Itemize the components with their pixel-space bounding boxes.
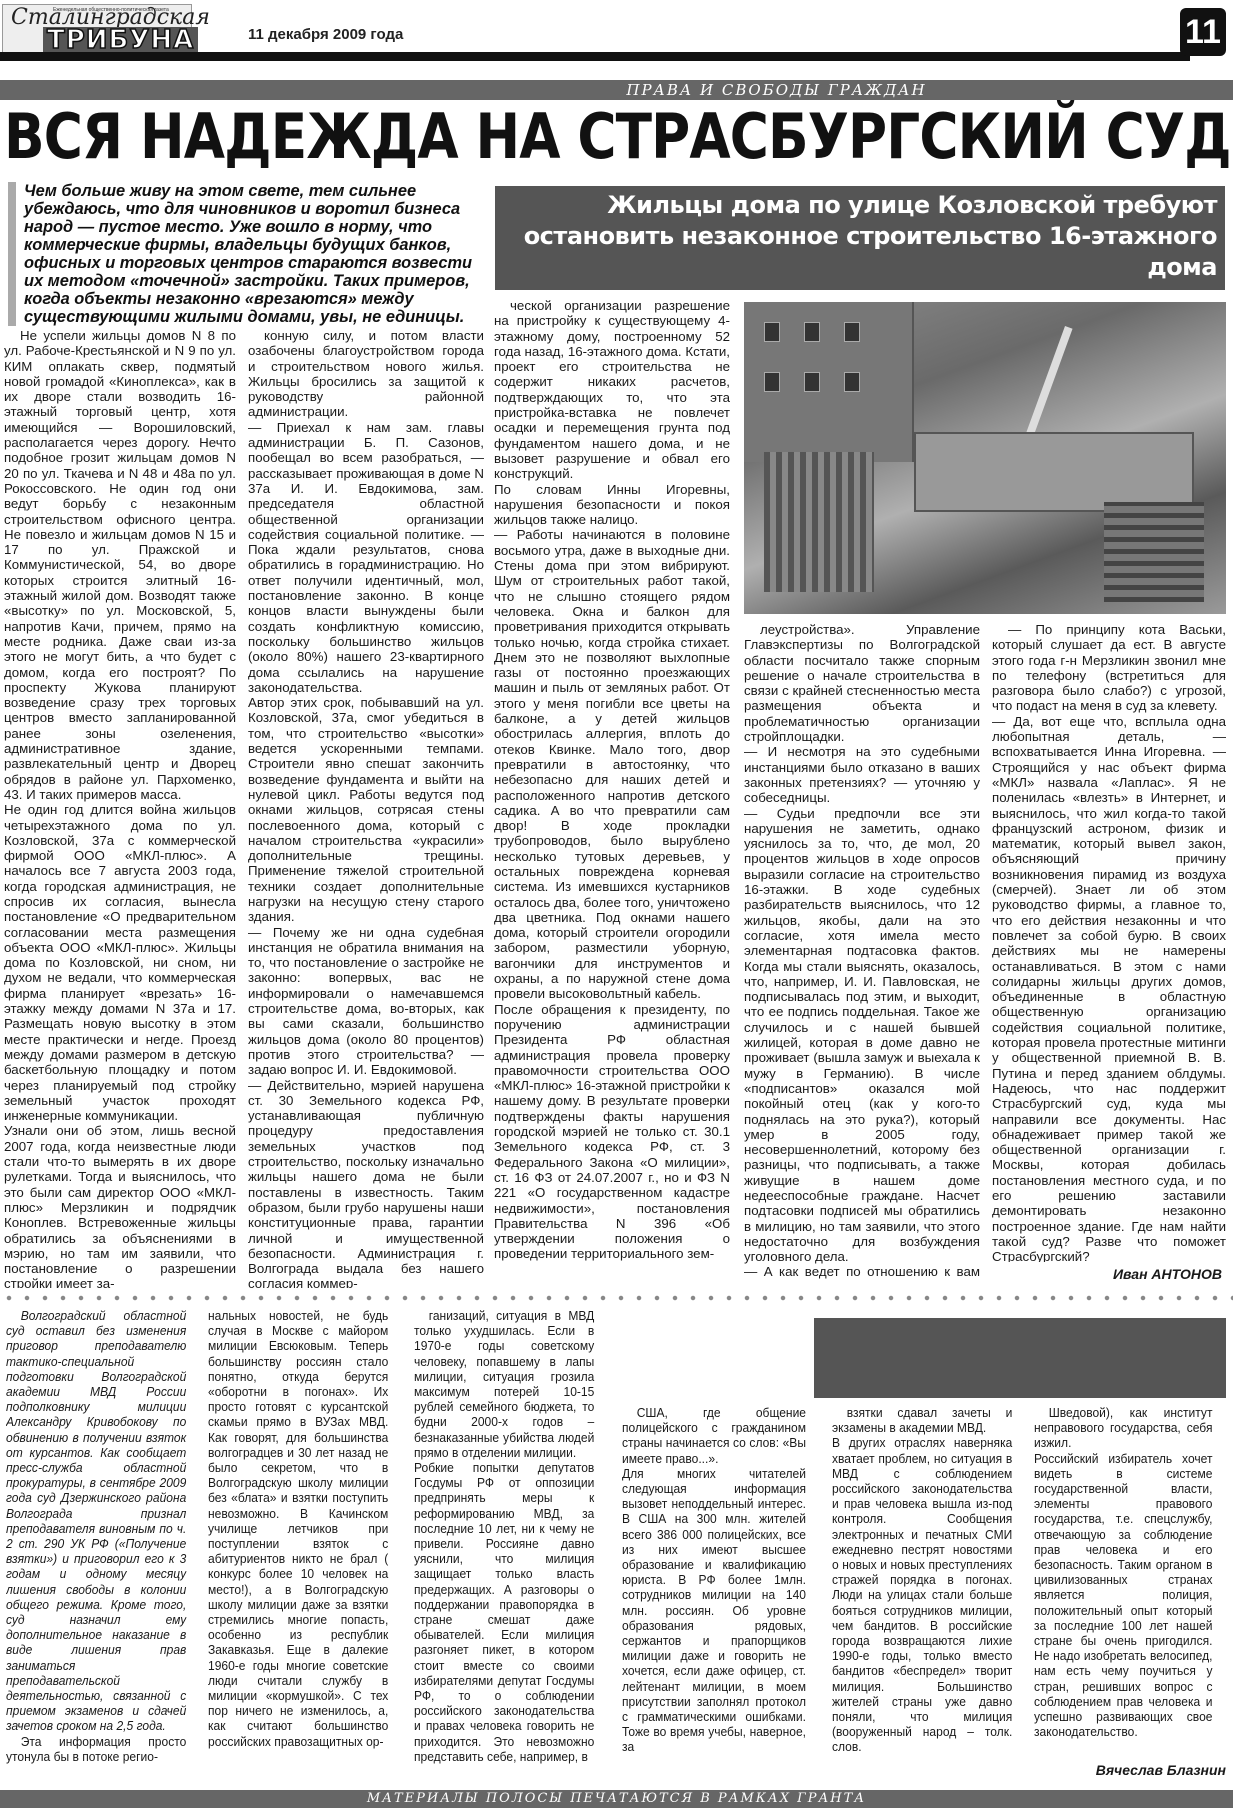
column-text: США, где общение полицейского с граждани…	[622, 1405, 806, 1755]
column-text: ческой организации разрешение на пристро…	[494, 298, 730, 1262]
article-author: Иван АНТОНОВ	[992, 1266, 1222, 1282]
section-rubric: ПРАВА И СВОБОДЫ ГРАЖДАН	[0, 80, 1233, 100]
article2-column-2: нальных новостей, не будь случая в Москв…	[208, 1308, 388, 1778]
column-text: конную силу, и потом власти озабочены бл…	[248, 328, 484, 1288]
masthead: Еженедельная общественно-политическая га…	[0, 0, 1233, 62]
article2-column-5: взятки сдавал зачеты и экзамены в академ…	[832, 1405, 1012, 1780]
article-column-3: ческой организации разрешение на пристро…	[494, 298, 730, 1288]
article2-column-4: США, где общение полицейского с граждани…	[622, 1405, 806, 1780]
article-subheadline: Жильцы дома по улице Козловской требуют …	[495, 186, 1225, 290]
article2-column-1: Волгоградский областной суд оставил без …	[6, 1308, 186, 1778]
logo-title: ТРИБУНА	[43, 27, 198, 53]
column-text: — По принципу кота Васьки, который слуша…	[992, 622, 1226, 1262]
article2-headline-banner: НЕ правоПОРЯДОК	[814, 1318, 1226, 1398]
column-text: Шведовой), как институт неправового госу…	[1034, 1405, 1212, 1739]
article2-column-3: ганизаций, ситуация в МВД только ухудшил…	[414, 1308, 594, 1778]
article2-lead: Волгоградский областной суд оставил без …	[6, 1308, 186, 1734]
column-text: Эта информация просто утонула бы в поток…	[6, 1734, 186, 1764]
column-text: взятки сдавал зачеты и экзамены в академ…	[832, 1405, 1012, 1755]
column-text: леустройства». Управление Главэкспертизы…	[744, 622, 980, 1282]
column-text: Не успели жильцы домов N 8 по ул. Рабоче…	[4, 328, 236, 1288]
page-number: 11	[1180, 8, 1226, 56]
section-divider	[0, 1295, 1233, 1301]
page-footer-banner: МАТЕРИАЛЫ ПОЛОСЫ ПЕЧАТАЮТСЯ В РАМКАХ ГРА…	[0, 1790, 1233, 1808]
article2-author: Вячеслав Блазнин	[1034, 1762, 1226, 1778]
article-column-2: конную силу, и потом власти озабочены бл…	[248, 328, 484, 1288]
article-column-5: — По принципу кота Васьки, который слуша…	[992, 622, 1226, 1262]
article-column-1: Не успели жильцы домов N 8 по ул. Рабоче…	[4, 328, 236, 1288]
header-rule	[0, 52, 1190, 61]
newspaper-logo: Еженедельная общественно-политическая га…	[2, 4, 192, 56]
article-column-4: леустройства». Управление Главэкспертизы…	[744, 622, 980, 1282]
article-lead: Чем больше живу на этом свете, тем сильн…	[8, 182, 473, 326]
article-headline: ВСЯ НАДЕЖДА НА СТРАСБУРГСКИЙ СУД	[4, 100, 1231, 173]
article2-column-6: Шведовой), как институт неправового госу…	[1034, 1405, 1212, 1755]
column-text: ганизаций, ситуация в МВД только ухудшил…	[414, 1308, 594, 1764]
issue-date: 11 декабря 2009 года	[248, 26, 403, 43]
construction-photo	[744, 302, 1226, 614]
column-text: нальных новостей, не будь случая в Москв…	[208, 1308, 388, 1749]
